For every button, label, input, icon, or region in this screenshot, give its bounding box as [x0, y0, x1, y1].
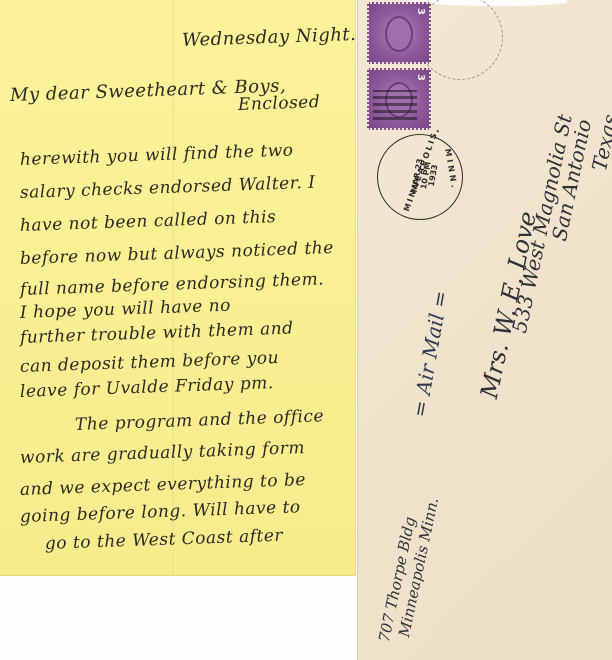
letter-line: before now but always noticed the [20, 238, 334, 269]
letter-line: have not been called on this [20, 207, 277, 236]
stamp-denomination: 3 [415, 8, 426, 15]
letter-line: going before long. Will have to [20, 497, 301, 527]
airmail-notation: = Air Mail = [407, 289, 453, 419]
letter-line: The program and the office [75, 406, 325, 435]
letter-line: work are gradually taking form [20, 438, 306, 468]
letter-line: go to the West Coast after [45, 526, 284, 554]
postmark: MINNEAPOLIS, MINN. MAR 23 10 PM 1933 [377, 134, 463, 220]
handwritten-letter: Wednesday Night. My dear Sweetheart & Bo… [0, 0, 356, 575]
letter-line: herewith you will find the two [20, 140, 294, 170]
letter-line: Enclosed [238, 92, 321, 115]
letter-line: further trouble with them and [20, 318, 294, 348]
cancellation-bars-icon [373, 90, 417, 120]
letter-date: Wednesday Night. [182, 24, 357, 51]
postmark-state: MINN. [443, 148, 459, 191]
envelope: 3 3 MINNEAPOLIS, MINN. MAR 23 10 PM 1933… [357, 0, 612, 660]
letter-line: leave for Uvalde Friday pm. [20, 373, 274, 402]
stamp-denomination: 3 [415, 74, 426, 81]
stamp-portrait-icon [385, 16, 413, 52]
letter-line: I hope you will have no [20, 296, 232, 323]
letter-line: and we expect everything to be [20, 470, 307, 500]
letter-line: can deposit them before you [20, 348, 280, 377]
postage-stamp: 3 [367, 2, 431, 64]
postage-stamp-cancelled: 3 [367, 68, 431, 130]
letter-line: salary checks endorsed Walter. I [20, 173, 316, 203]
